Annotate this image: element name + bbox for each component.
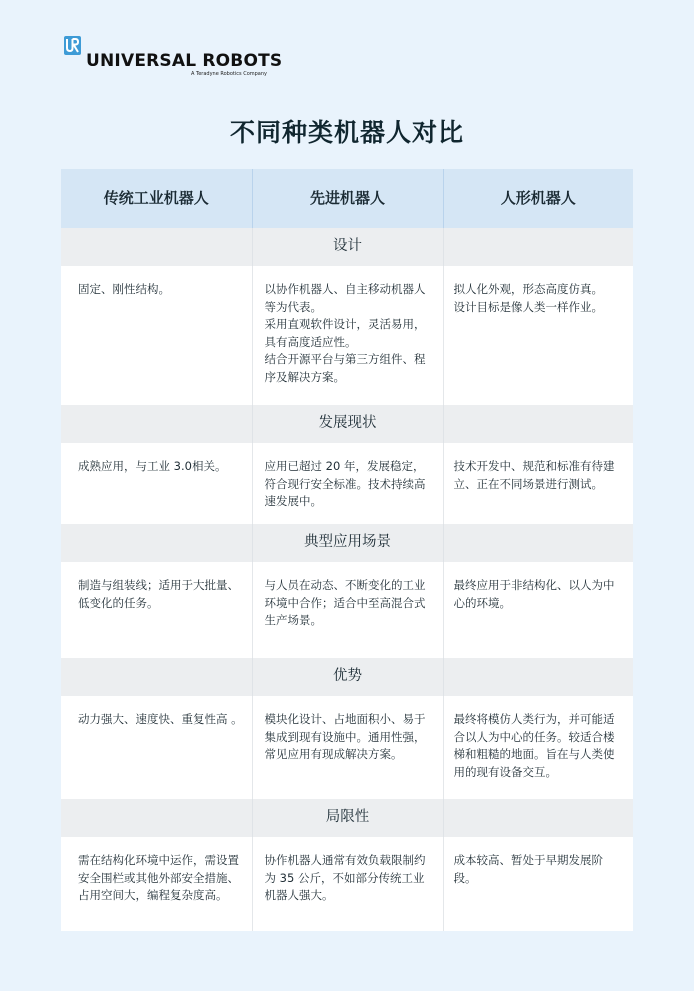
cell-advanced: 应用已超过 20 年，发展稳定，符合现行安全标准。技术持续高速发展中。 (252, 443, 443, 524)
comparison-table: 传统工业机器人 先进机器人 人形机器人 设计 固定、刚性结构。 以协作机器人、自… (61, 169, 633, 931)
section-label: 优势 (252, 658, 443, 696)
cell-humanoid: 成本较高、暂处于早期发展阶段。 (443, 837, 633, 931)
section-label: 局限性 (252, 799, 443, 837)
section-band-applications: 典型应用场景 (61, 524, 633, 562)
cell-humanoid: 最终将模仿人类行为，并可能适合以人为中心的任务。较适合楼梯和粗糙的地面。旨在与人… (443, 696, 633, 799)
cell-advanced: 以协作机器人、自主移动机器人等为代表。 采用直观软件设计，灵活易用，具有高度适应… (252, 266, 443, 405)
section-band-advantages: 优势 (61, 658, 633, 696)
section-label: 设计 (252, 228, 443, 266)
cell-humanoid: 拟人化外观，形态高度仿真。 设计目标是像人类一样作业。 (443, 266, 633, 405)
cell-humanoid: 技术开发中、规范和标准有待建立、正在不同场景进行测试。 (443, 443, 633, 524)
cell-advanced: 与人员在动态、不断变化的工业环境中合作；适合中至高混合式生产场景。 (252, 562, 443, 658)
column-header-advanced: 先进机器人 (252, 169, 443, 228)
section-band-limitations: 局限性 (61, 799, 633, 837)
table-row: 制造与组装线；适用于大批量、低变化的任务。 与人员在动态、不断变化的工业环境中合… (61, 562, 633, 658)
cell-humanoid: 最终应用于非结构化、以人为中心的环境。 (443, 562, 633, 658)
brand-name: UNIVERSAL ROBOTS (86, 51, 282, 71)
cell-advanced: 协作机器人通常有效负载限制约为 35 公斤，不如部分传统工业机器人强大。 (252, 837, 443, 931)
table-row: 固定、刚性结构。 以协作机器人、自主移动机器人等为代表。 采用直观软件设计，灵活… (61, 266, 633, 405)
section-label: 发展现状 (252, 405, 443, 443)
brand-tagline: A Teradyne Robotics Company (191, 71, 267, 77)
header-row: 传统工业机器人 先进机器人 人形机器人 (61, 169, 633, 228)
table-row: 需在结构化环境中运作，需设置安全围栏或其他外部安全措施、占用空间大，编程复杂度高… (61, 837, 633, 931)
cell-traditional: 制造与组装线；适用于大批量、低变化的任务。 (61, 562, 252, 658)
cell-traditional: 动力强大、速度快、重复性高 。 (61, 696, 252, 799)
cell-traditional: 需在结构化环境中运作，需设置安全围栏或其他外部安全措施、占用空间大，编程复杂度高… (61, 837, 252, 931)
cell-traditional: 固定、刚性结构。 (61, 266, 252, 405)
universal-robots-logo: UNIVERSAL ROBOTS A Teradyne Robotics Com… (64, 36, 264, 80)
section-label: 典型应用场景 (252, 524, 443, 562)
table-row: 动力强大、速度快、重复性高 。 模块化设计、占地面积小、易于集成到现有设施中。通… (61, 696, 633, 799)
cell-advanced: 模块化设计、占地面积小、易于集成到现有设施中。通用性强，常见应用有现成解决方案。 (252, 696, 443, 799)
cell-traditional: 成熟应用，与工业 3.0相关。 (61, 443, 252, 524)
column-header-traditional: 传统工业机器人 (61, 169, 252, 228)
table-row: 成熟应用，与工业 3.0相关。 应用已超过 20 年，发展稳定，符合现行安全标准… (61, 443, 633, 524)
section-band-status: 发展现状 (61, 405, 633, 443)
ur-logo-icon (64, 36, 81, 55)
column-header-humanoid: 人形机器人 (443, 169, 633, 228)
page-title: 不同种类机器人对比 (0, 113, 694, 149)
section-band-design: 设计 (61, 228, 633, 266)
